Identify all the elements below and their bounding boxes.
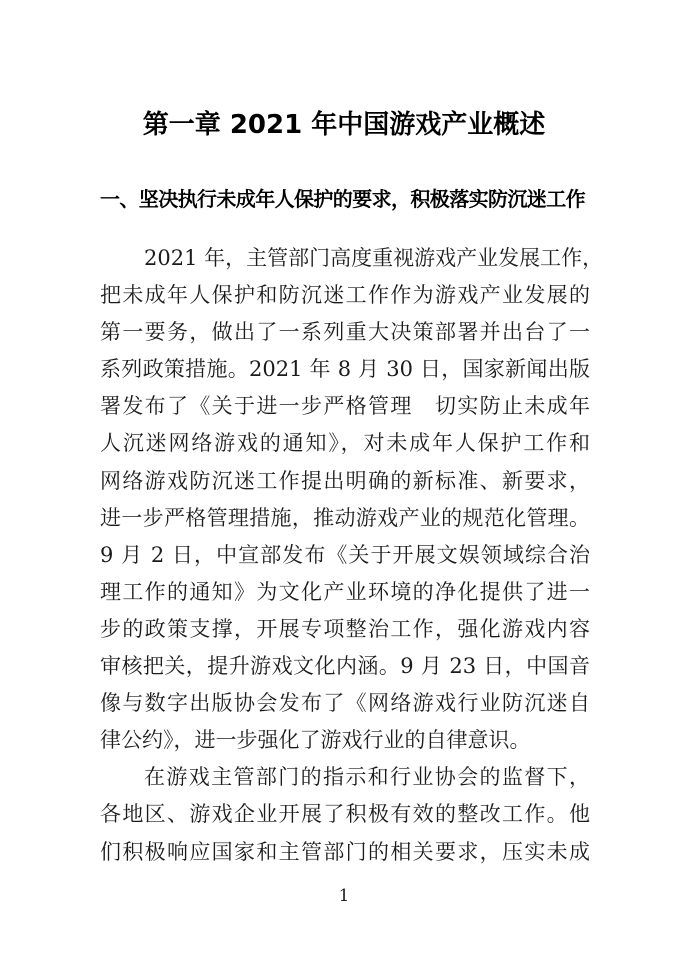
body-line: 步的政策支撑，开展专项整治工作，强化游戏内容 xyxy=(100,611,590,648)
body-line: 把未成年人保护和防沉迷工作作为游戏产业发展的 xyxy=(100,277,590,314)
body-line: 9 月 2 日，中宣部发布《关于开展文娱领域综合治 xyxy=(100,537,590,574)
section-heading: 一、坚决执行未成年人保护的要求，积极落实防沉迷工作 xyxy=(100,186,600,212)
body-line: 第一要务，做出了一系列重大决策部署并出台了一 xyxy=(100,314,590,351)
body-line: 2021 年，主管部门高度重视游戏产业发展工作， xyxy=(100,240,590,277)
chapter-title: 第一章 2021 年中国游戏产业概述 xyxy=(0,109,688,141)
body-line: 像与数字出版协会发布了《网络游戏行业防沉迷自 xyxy=(100,685,590,722)
body-paragraphs: 2021 年，主管部门高度重视游戏产业发展工作， 把未成年人保护和防沉迷工作作为… xyxy=(100,240,590,871)
body-line: 在游戏主管部门的指示和行业协会的监督下， xyxy=(100,759,590,796)
body-line: 署发布了《关于进一步严格管理 切实防止未成年 xyxy=(100,388,590,425)
body-line: 们积极响应国家和主管部门的相关要求，压实未成 xyxy=(100,834,590,871)
page-number: 1 xyxy=(0,884,688,908)
body-line: 审核把关，提升游戏文化内涵。9 月 23 日，中国音 xyxy=(100,648,590,685)
document-page: 第一章 2021 年中国游戏产业概述 一、坚决执行未成年人保护的要求，积极落实防… xyxy=(0,0,688,972)
body-line: 网络游戏防沉迷工作提出明确的新标准、新要求， xyxy=(100,463,590,500)
body-line: 理工作的通知》为文化产业环境的净化提供了进一 xyxy=(100,574,590,611)
body-line: 人沉迷网络游戏的通知》，对未成年人保护工作和 xyxy=(100,425,590,462)
body-line: 系列政策措施。2021 年 8 月 30 日，国家新闻出版 xyxy=(100,351,590,388)
body-line: 进一步严格管理措施，推动游戏产业的规范化管理。 xyxy=(100,500,590,537)
body-line: 各地区、游戏企业开展了积极有效的整改工作。他 xyxy=(100,796,590,833)
body-line: 律公约》，进一步强化了游戏行业的自律意识。 xyxy=(100,722,590,759)
